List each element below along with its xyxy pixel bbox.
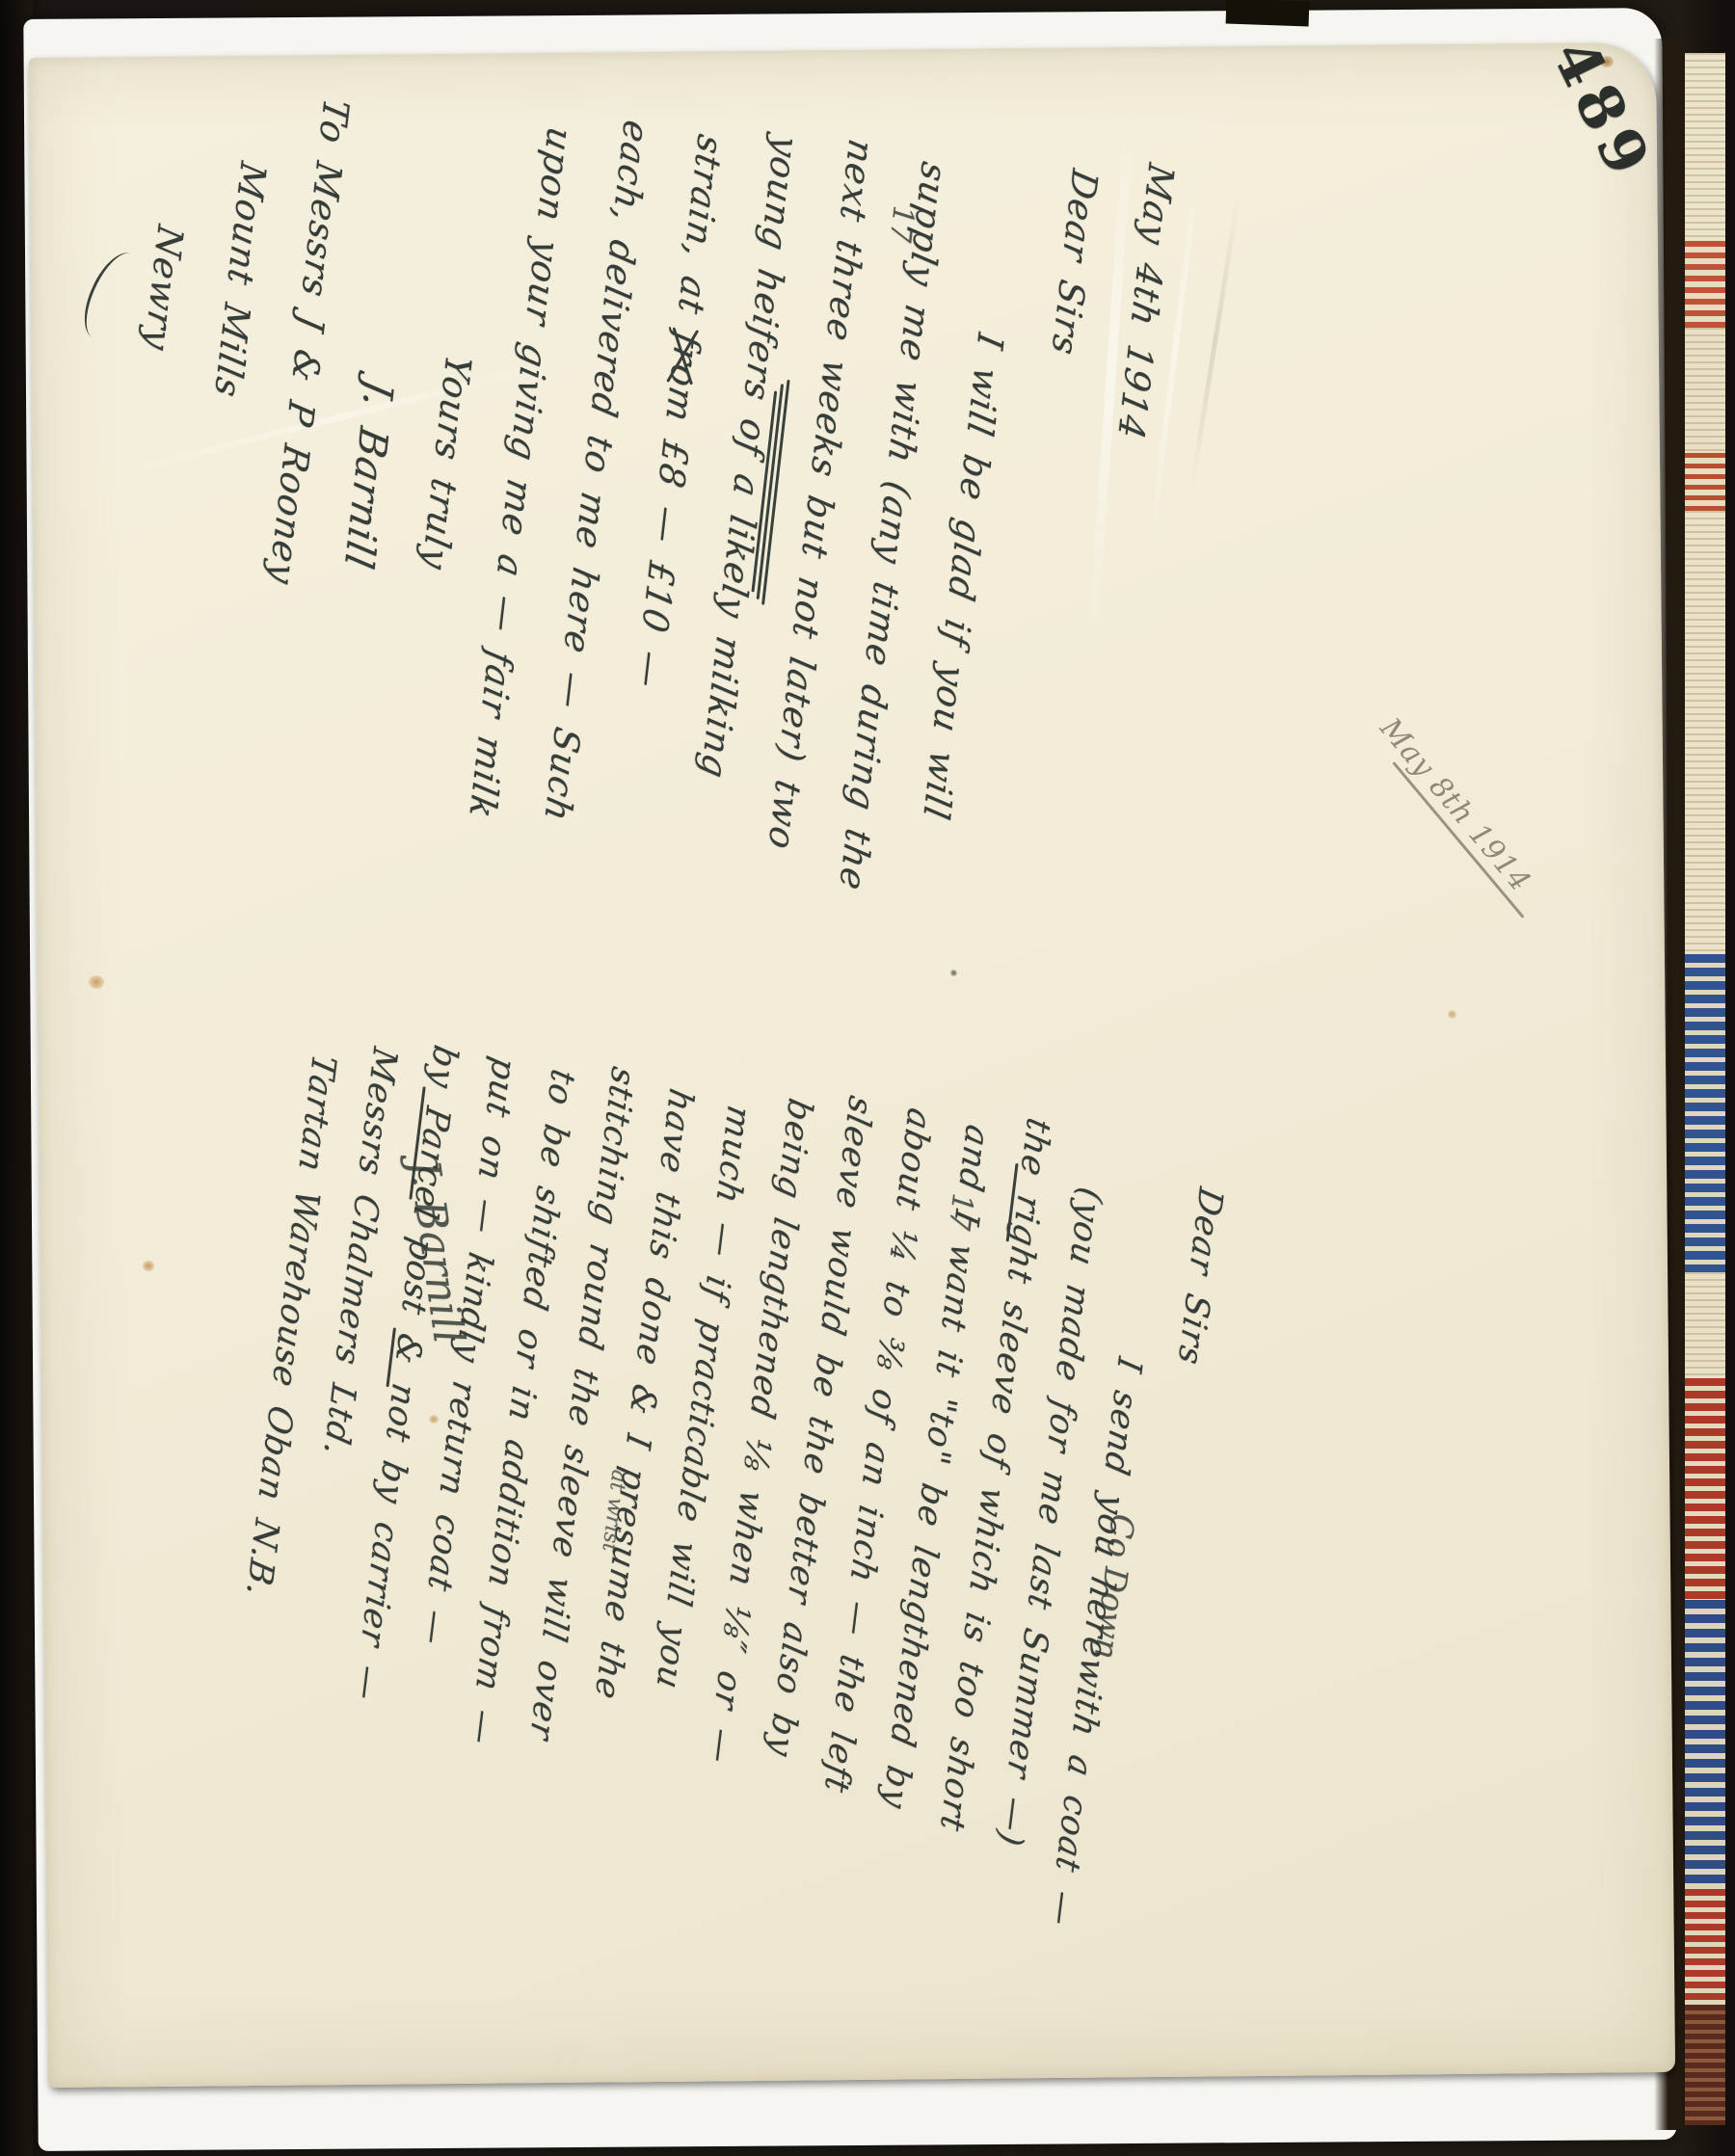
top-dark-notch [1226, 0, 1310, 26]
fore-edge-segment-dark [1685, 2005, 1731, 2125]
fore-edge-stack [1685, 53, 1731, 2125]
fore-edge-segment [1685, 53, 1731, 241]
letterbook-photo: 489 May 8th 1914 May 4th 1914 Dear Sirs … [0, 0, 1735, 2156]
fore-edge-segment-red [1685, 453, 1731, 511]
margin-mark: 17 [883, 203, 921, 244]
photo-right-edge [1725, 0, 1735, 2156]
fore-edge-segment-blue [1685, 954, 1731, 1272]
fore-edge-segment-red [1685, 241, 1731, 328]
fore-edge-segment-red [1685, 1378, 1731, 1600]
letter-1: May 4th 1914 Dear Sirs I will be glad if… [50, 8, 1202, 744]
letter-2: Dear Sirs I send you herewith a coat — (… [196, 995, 1250, 1906]
margin-mark: 17 [942, 1191, 979, 1232]
fore-edge-segment-red [1685, 1889, 1731, 2005]
fore-edge-segment-blue [1685, 1600, 1731, 1889]
fore-edge-segment [1685, 328, 1731, 453]
fore-edge-segment [1685, 511, 1731, 954]
fore-edge-segment [1685, 1272, 1731, 1378]
